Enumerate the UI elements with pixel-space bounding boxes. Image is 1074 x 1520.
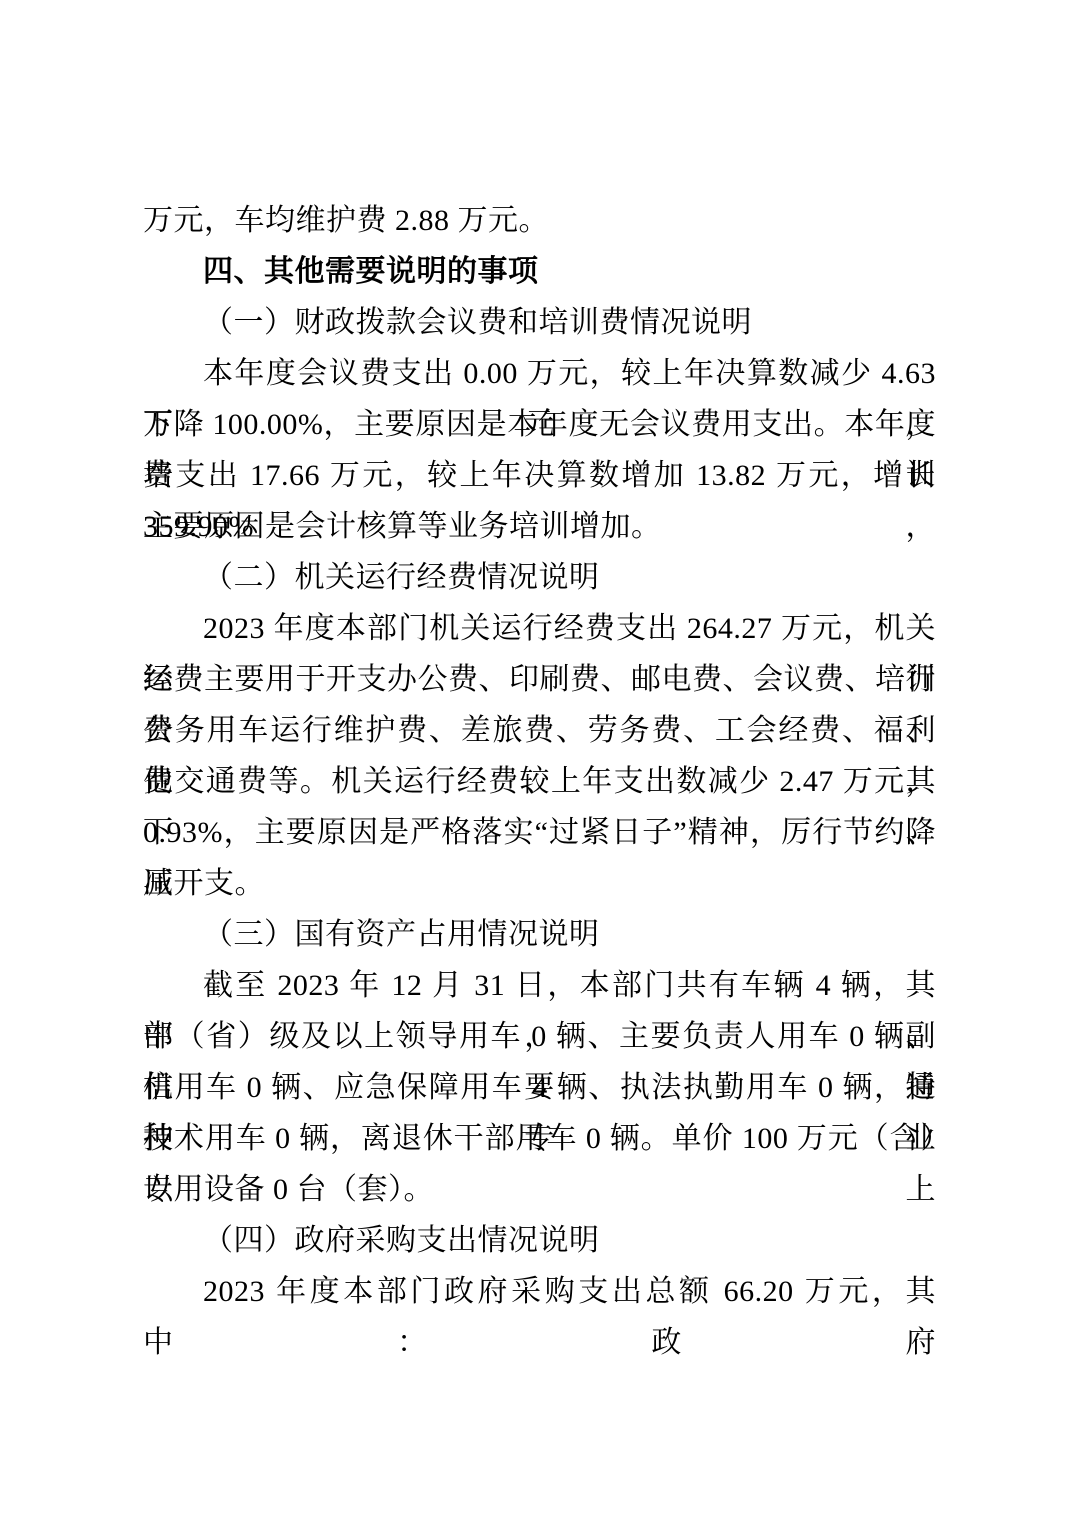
body-text-line: 公务用车运行维护费、差旅费、劳务费、工会经费、福利费、其 [143, 705, 936, 756]
body-text-line: 下降 100.00%，主要原因是本年度无会议费用支出。本年度培训 [143, 399, 936, 450]
document-content: 万元，车均维护费 2.88 万元。四、其他需要说明的事项（一）财政拨款会议费和培… [143, 195, 936, 1317]
body-text-line: 减开支。 [143, 858, 936, 909]
body-text-line: 2023 年度本部门政府采购支出总额 66.20 万元，其中：政府 [143, 1266, 936, 1317]
body-text-line: 费支出 17.66 万元，较上年决算数增加 13.82 万元，增长 359.90… [143, 450, 936, 501]
body-text-line: 万元，车均维护费 2.88 万元。 [143, 195, 936, 246]
subsection-heading: （二）机关运行经费情况说明 [143, 552, 936, 603]
subsection-heading: （四）政府采购支出情况说明 [143, 1215, 936, 1266]
body-text-line: 2023 年度本部门机关运行经费支出 264.27 万元，机关运行 [143, 603, 936, 654]
subsection-heading: （一）财政拨款会议费和培训费情况说明 [143, 297, 936, 348]
body-text-line: 本年度会议费支出 0.00 万元，较上年决算数减少 4.63 万元， [143, 348, 936, 399]
document-page: 万元，车均维护费 2.88 万元。四、其他需要说明的事项（一）财政拨款会议费和培… [0, 0, 1074, 1520]
section-heading: 四、其他需要说明的事项 [143, 246, 936, 297]
body-text-line: 部（省）级及以上领导用车 0 辆、主要负责人用车 0 辆、机要通 [143, 1011, 936, 1062]
body-text-line: 信用车 0 辆、应急保障用车 4 辆、执法执勤用车 0 辆，特种专业 [143, 1062, 936, 1113]
body-text-line: 截至 2023 年 12 月 31 日，本部门共有车辆 4 辆，其中，副 [143, 960, 936, 1011]
body-text-line: 技术用车 0 辆，离退休干部用车 0 辆。单价 100 万元（含）以上 [143, 1113, 936, 1164]
body-text-line: 0.93%，主要原因是严格落实“过紧日子”精神，厉行节约、压 [143, 807, 936, 858]
subsection-heading: （三）国有资产占用情况说明 [143, 909, 936, 960]
body-text-line: 经费主要用于开支办公费、印刷费、邮电费、会议费、培训费、 [143, 654, 936, 705]
body-text-line: 他交通费等。机关运行经费较上年支出数减少 2.47 万元，下降 [143, 756, 936, 807]
